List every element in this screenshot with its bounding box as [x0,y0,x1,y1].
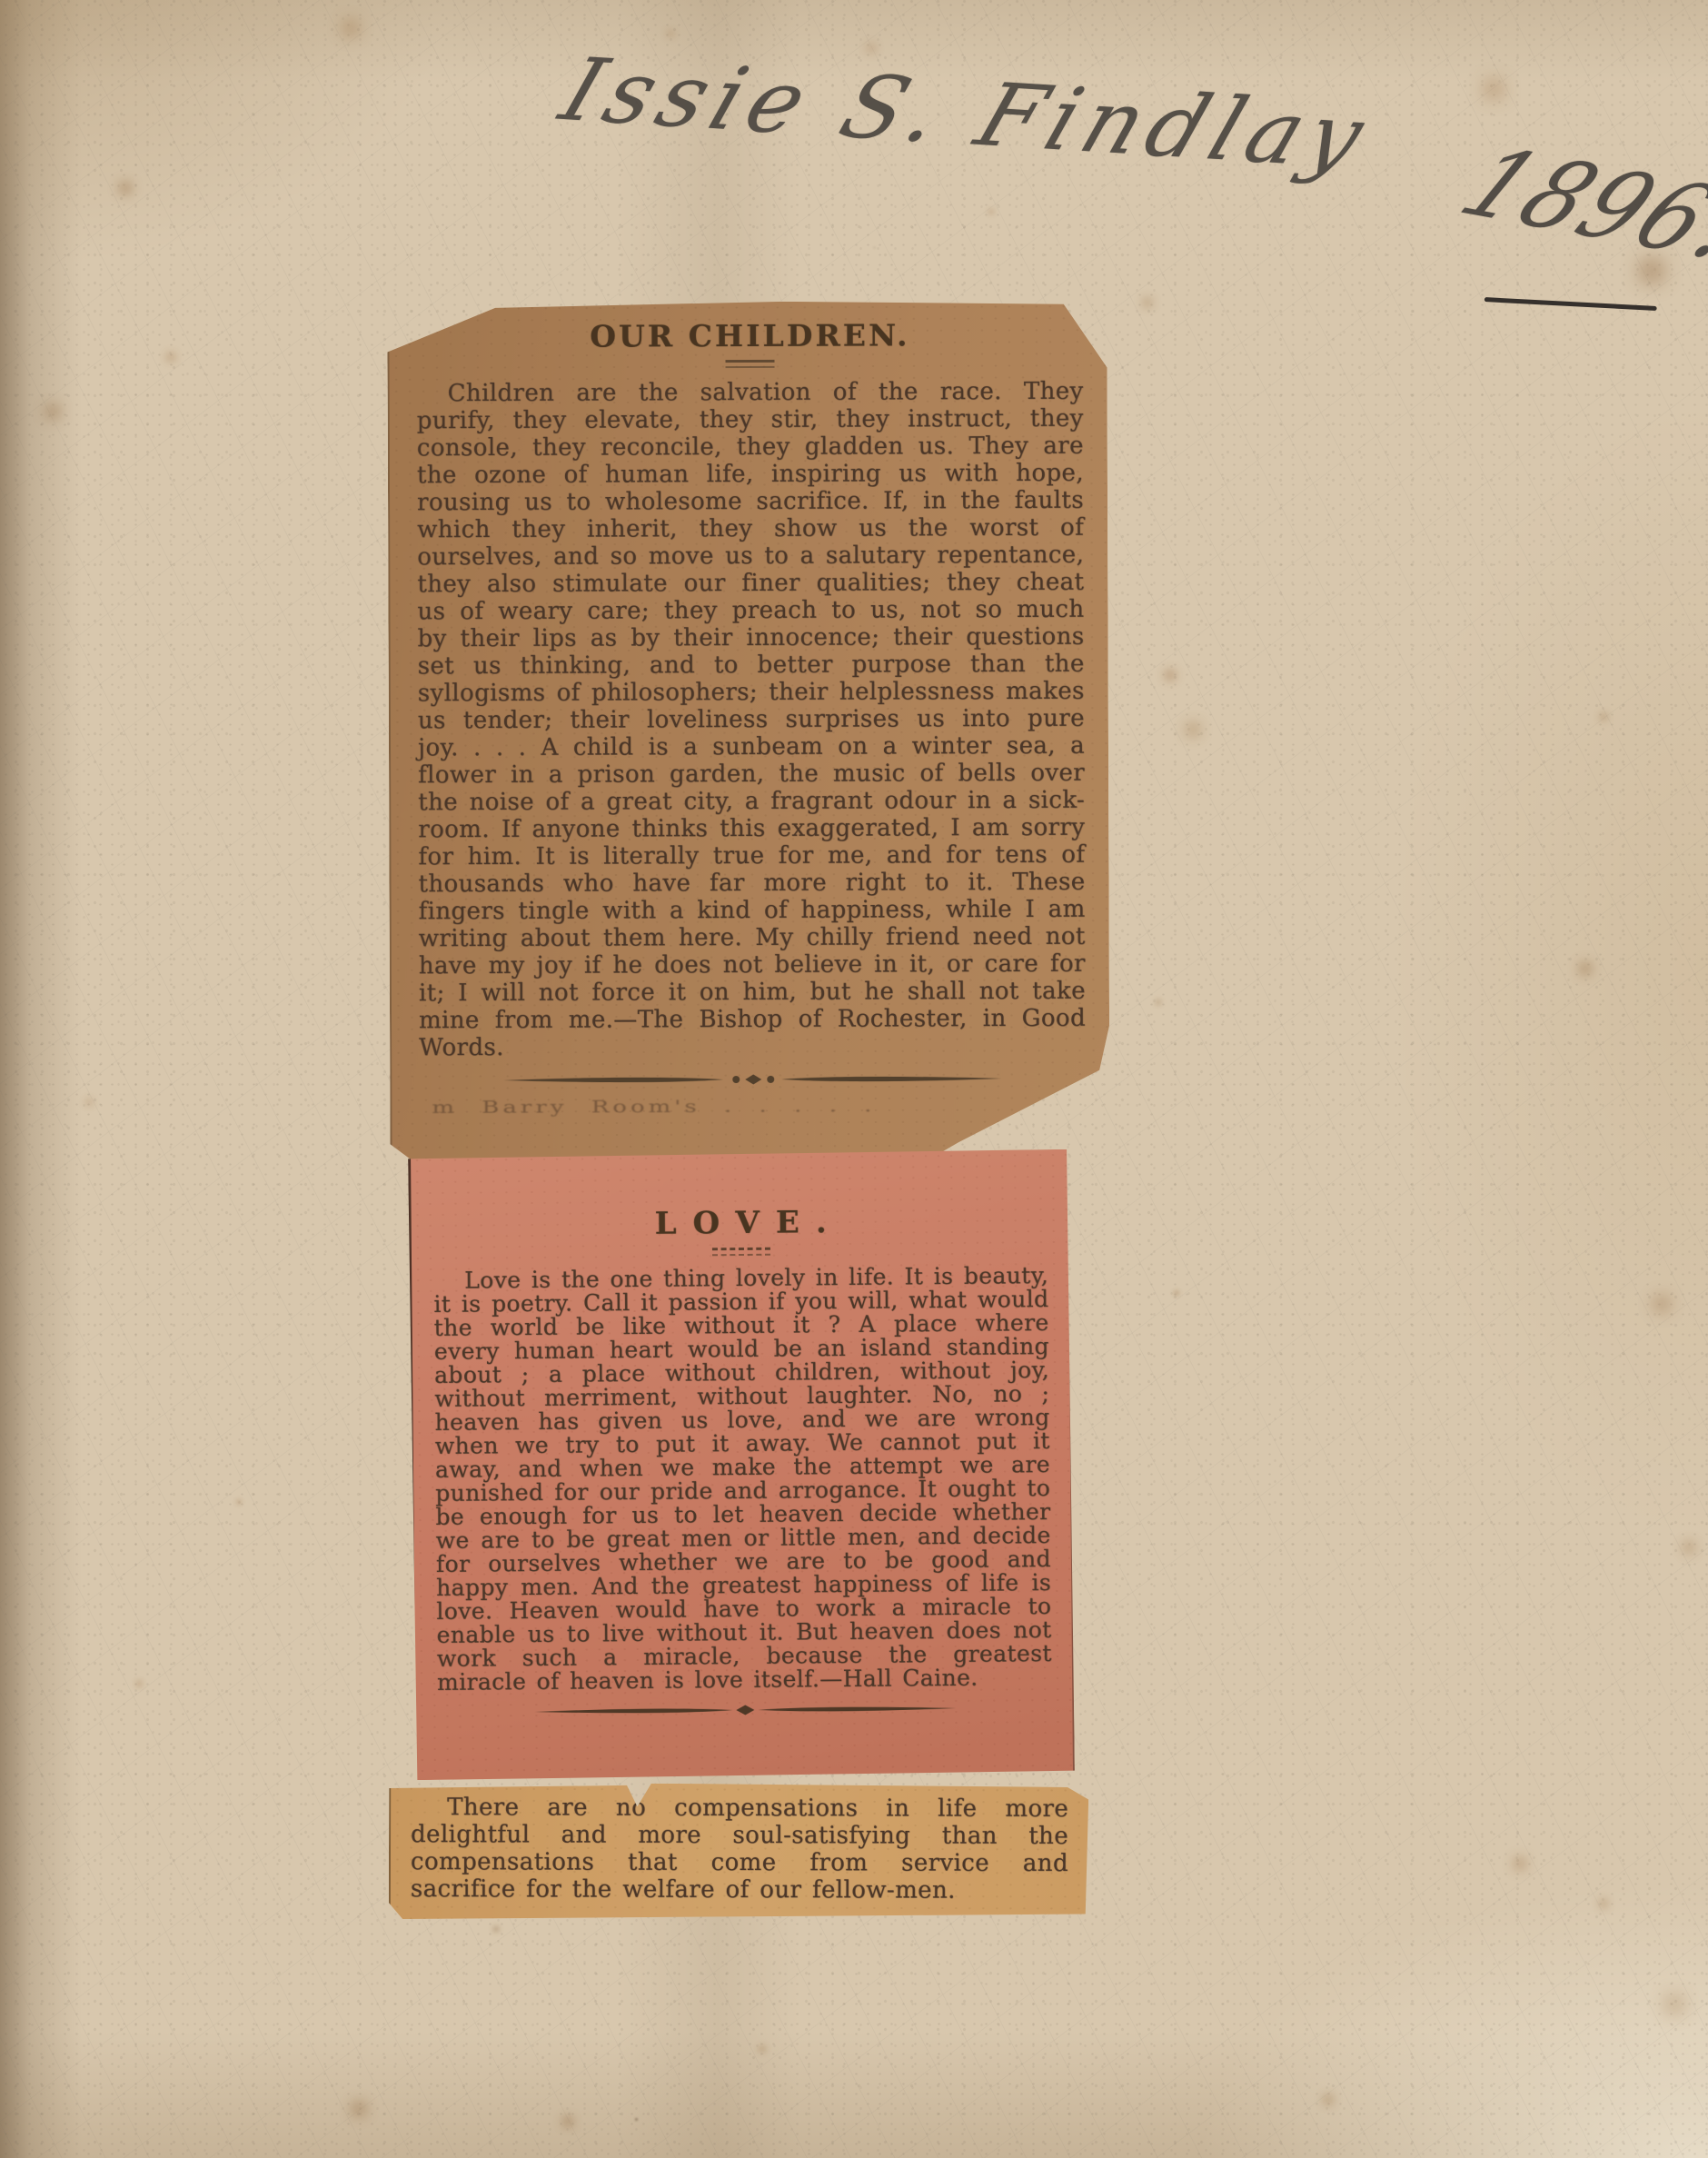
clipping-our-children: OUR CHILDREN. Children are the salvation… [387,301,1109,1198]
love-body: Love is the one thing lovely in life. It… [433,1264,1052,1695]
inscription-year: 1896. [1442,129,1708,281]
clipping-love: LOVE. Love is the one thing lovely in li… [408,1149,1075,1780]
clipped-partial-line: m Barry Room's . . . . . [432,1096,1086,1118]
inscription-name: Issie S. Findlay [549,39,1385,188]
title-rule [726,360,775,368]
handwritten-inscription: Issie S. Findlay 1896. [539,17,1705,350]
our-children-title: OUR CHILDREN. [416,317,1083,355]
compensations-body: There are no compensations in life more … [411,1794,1068,1904]
love-title: LOVE. [433,1202,1048,1244]
our-children-body: Children are the salvation of the race. … [417,378,1087,1062]
scrapbook-page: Issie S. Findlay 1896. OUR CHILDREN. Chi… [0,0,1708,2158]
ink-specks [0,0,1,1]
title-rule [711,1248,770,1257]
foxing-stains [0,0,2,2]
ornamental-divider-icon [498,1070,1007,1089]
inscription-underline [1485,297,1657,311]
ornamental-divider-icon [527,1701,963,1719]
clipping-compensations: There are no compensations in life more … [389,1783,1088,1921]
